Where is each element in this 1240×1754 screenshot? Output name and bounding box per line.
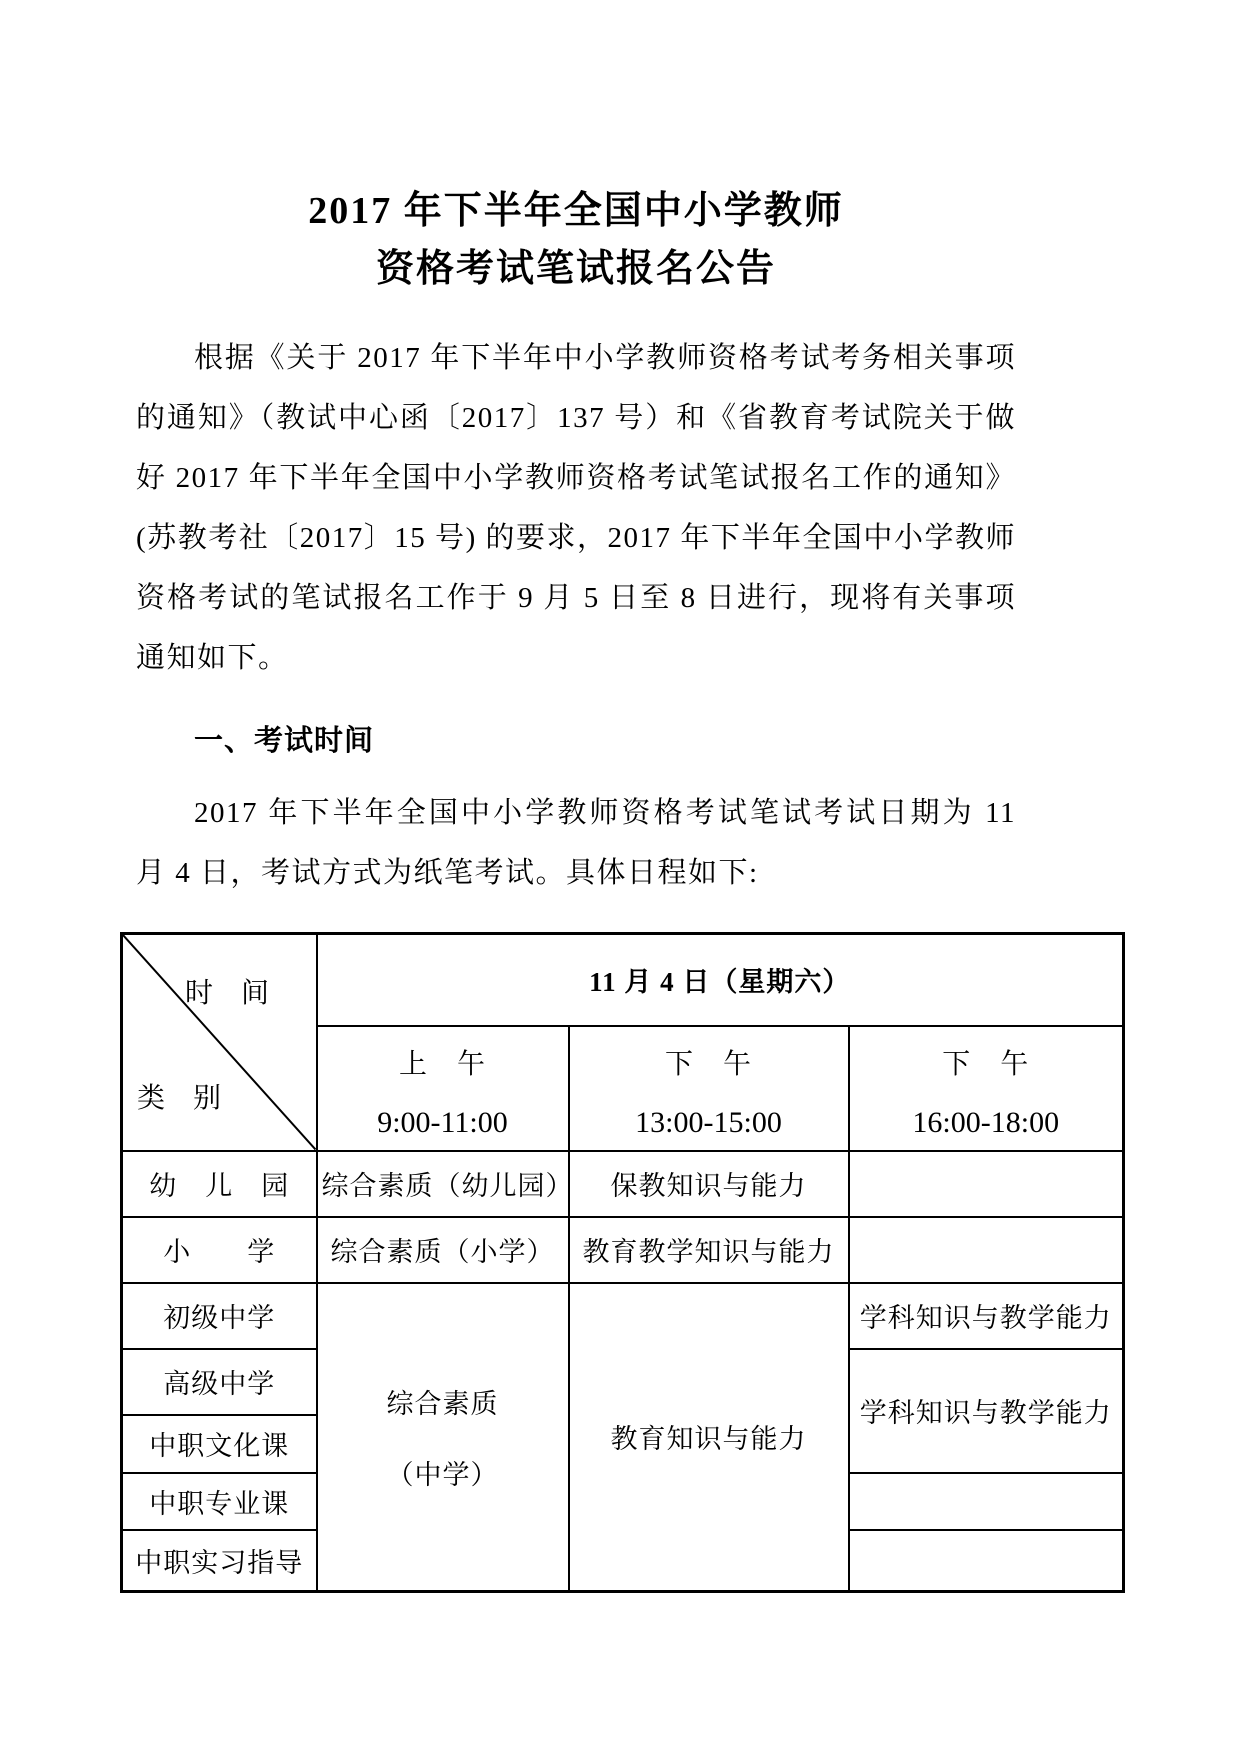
category-cell-primary: 小 学 [122,1217,317,1283]
subject-cell-merged-afternoon: 教育知识与能力 [569,1283,849,1592]
merged-morning-line-1: 综合素质 [322,1382,564,1421]
session-header-morning: 上 午 9:00-11:00 [317,1026,569,1151]
intro-paragraph: 根据《关于 2017 年下半年中小学教师资格考试考务相关事项的通知》（教试中心函… [136,328,1016,688]
subject-cell: 学科知识与教学能力 [849,1349,1124,1473]
date-header-cell: 11 月 4 日（星期六） [317,934,1124,1026]
schedule-intro-paragraph: 2017 年下半年全国中小学教师资格考试笔试考试日期为 11 月 4 日，考试方… [136,783,1016,903]
time-label: 16:00-18:00 [854,1106,1119,1140]
period-label: 下 午 [574,1042,844,1082]
text-block: 2017 年下半年全国中小学教师 资格考试笔试报名公告 根据《关于 2017 年… [0,0,1240,903]
empty-cell [849,1530,1124,1592]
document-title: 2017 年下半年全国中小学教师 资格考试笔试报名公告 [136,182,1016,298]
time-label: 13:00-15:00 [574,1106,844,1140]
corner-category-label: 类 别 [137,1076,221,1116]
merged-morning-line-2: （中学） [322,1453,564,1492]
category-cell-kindergarten: 幼 儿 园 [122,1151,317,1217]
subject-cell-merged-morning: 综合素质 （中学） [317,1283,569,1592]
empty-cell [849,1217,1124,1283]
subject-cell: 学科知识与教学能力 [849,1283,1124,1349]
title-line-1: 2017 年下半年全国中小学教师 [136,182,1016,240]
subject-cell: 综合素质（小学） [317,1217,569,1283]
corner-time-label: 时 间 [185,971,269,1011]
period-label: 下 午 [854,1042,1119,1082]
time-label: 9:00-11:00 [322,1106,564,1140]
session-header-afternoon-1: 下 午 13:00-15:00 [569,1026,849,1151]
category-cell-voc-major: 中职专业课 [122,1473,317,1530]
empty-cell [849,1473,1124,1530]
category-cell-senior: 高级中学 [122,1349,317,1415]
category-cell-voc-culture: 中职文化课 [122,1415,317,1473]
announcement-page: 2017 年下半年全国中小学教师 资格考试笔试报名公告 根据《关于 2017 年… [0,0,1240,1754]
category-cell-voc-intern: 中职实习指导 [122,1530,317,1592]
section-heading: 一、考试时间 [136,718,1016,759]
subject-cell: 保教知识与能力 [569,1151,849,1217]
diagonal-line [123,935,316,1150]
session-header-afternoon-2: 下 午 16:00-18:00 [849,1026,1124,1151]
period-label: 上 午 [322,1042,564,1082]
subject-cell: 教育教学知识与能力 [569,1217,849,1283]
subject-cell: 综合素质（幼儿园） [317,1151,569,1217]
empty-cell [849,1151,1124,1217]
exam-schedule-table: 时 间 类 别 11 月 4 日（星期六） 上 午 9:00-11:00 下 午… [120,932,1125,1593]
title-line-2: 资格考试笔试报名公告 [136,240,1016,298]
category-cell-junior: 初级中学 [122,1283,317,1349]
corner-cell: 时 间 类 别 [122,934,317,1151]
